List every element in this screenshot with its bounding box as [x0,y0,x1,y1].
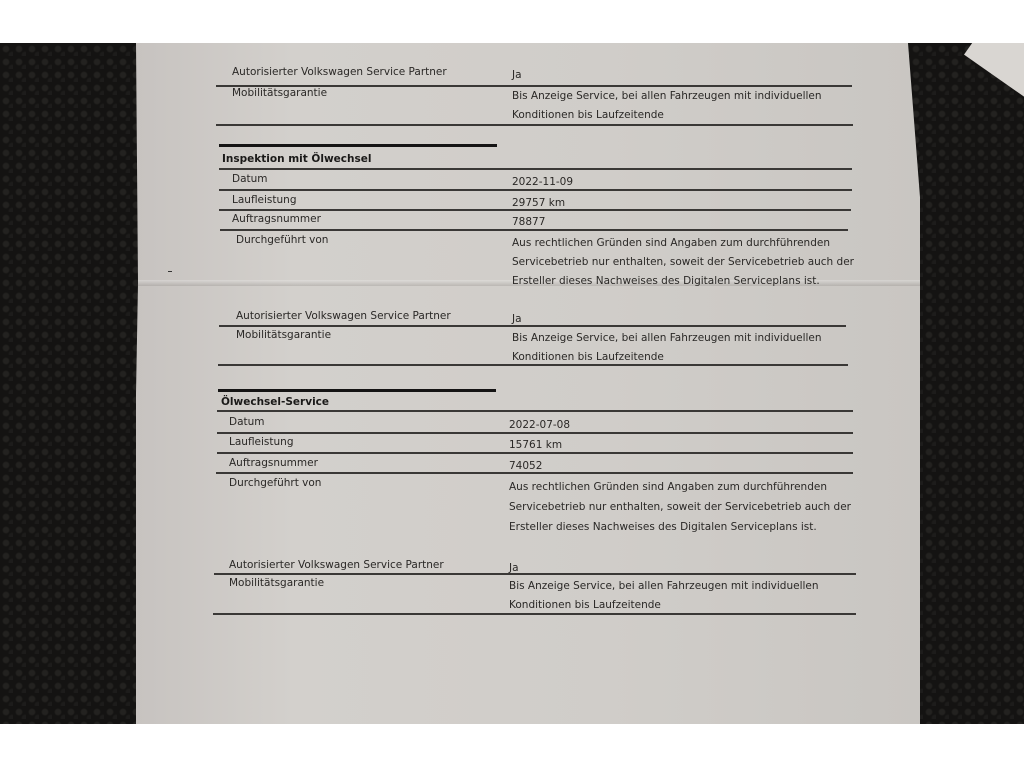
section-bar [218,389,496,392]
row-label: Autorisierter Volkswagen Service Partner [236,310,451,322]
section-bar [219,144,497,147]
divider [219,168,852,170]
row-label: Mobilitätsgarantie [232,87,327,99]
row-value: Aus rechtlichen Gründen sind Angaben zum… [512,234,857,291]
row-label: Autorisierter Volkswagen Service Partner [232,66,447,78]
row-label: Durchgeführt von [229,477,321,489]
section-title: Ölwechsel-Service [221,396,329,408]
row-label: Auftragsnummer [229,457,318,469]
row-label: Auftragsnummer [232,213,321,225]
row-label: Mobilitätsgarantie [229,577,324,589]
row-label: Mobilitätsgarantie [236,329,331,341]
divider [213,613,856,615]
row-value: Aus rechtlichen Gründen sind Angaben zum… [509,477,854,537]
row-label: Durchgeführt von [236,234,328,246]
divider [216,124,853,126]
divider [220,229,848,231]
divider [218,364,848,366]
row-label: Laufleistung [232,194,297,206]
row-label: Datum [232,173,268,185]
row-label: Datum [229,416,265,428]
section-title: Inspektion mit Ölwechsel [222,153,371,165]
row-value: Bis Anzeige Service, bei allen Fahrzeuge… [512,87,857,125]
divider [214,573,856,575]
divider [219,209,851,211]
divider [219,325,846,327]
row-label: Laufleistung [229,436,294,448]
row-value: Bis Anzeige Service, bei allen Fahrzeuge… [509,577,854,615]
photo-background: Autorisierter Volkswagen Service Partner… [0,43,1024,724]
divider [216,472,853,474]
divider [217,452,853,454]
row-value: Ja [509,559,854,578]
row-value: Ja [512,66,857,85]
margin-mark [168,271,172,272]
divider [219,189,852,191]
divider [217,410,853,412]
row-label: Autorisierter Volkswagen Service Partner [229,559,444,571]
row-value: Bis Anzeige Service, bei allen Fahrzeuge… [512,329,857,367]
document-content: Autorisierter Volkswagen Service Partner… [0,43,1024,724]
divider [217,432,853,434]
